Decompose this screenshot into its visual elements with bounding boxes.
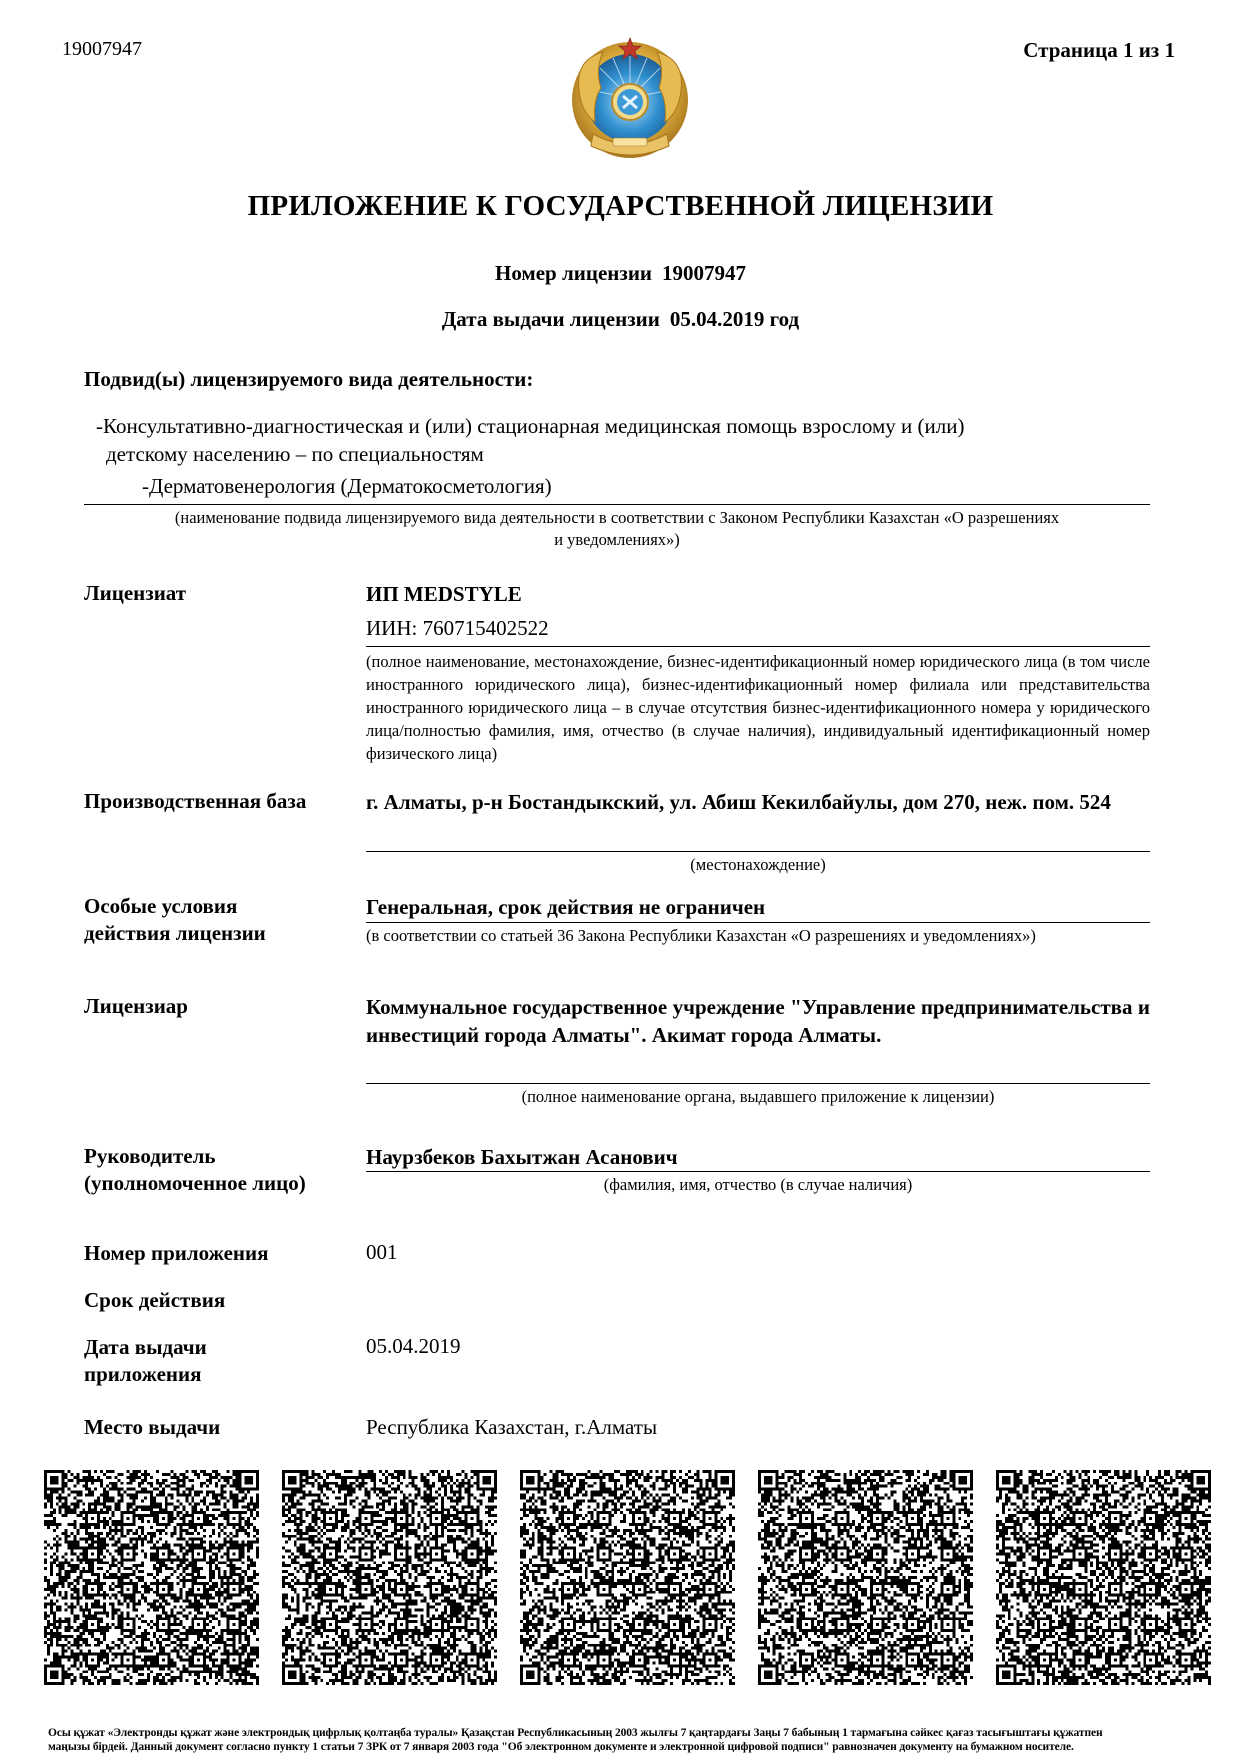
licensor-label: Лицензиар — [84, 993, 188, 1020]
licensor-value: Коммунальное государственное учреждение … — [366, 993, 1150, 1049]
page-title: ПРИЛОЖЕНИЕ К ГОСУДАРСТВЕННОЙ ЛИЦЕНЗИИ — [0, 190, 1241, 223]
appendix-date-label: Дата выдачи приложения — [84, 1334, 207, 1388]
license-number-value: 19007947 — [662, 261, 746, 285]
licensee-iin: ИИН: 760715402522 — [366, 614, 1150, 642]
bullet-dash: - — [142, 474, 149, 498]
divider-line — [84, 504, 1150, 505]
license-date-line: Дата выдачи лицензии05.04.2019 год — [0, 307, 1241, 332]
activity-item-1-line1: Консультативно-диагностическая и (или) с… — [103, 414, 964, 438]
head-label: Руководитель (уполномоченное лицо) — [84, 1143, 306, 1197]
head-value: Наурзбеков Бахытжан Асанович — [366, 1143, 1150, 1171]
special-conditions-caption: (в соответствии со статьей 36 Закона Рес… — [366, 925, 1150, 947]
activity-caption-line2: и уведомлениях») — [84, 529, 1150, 551]
activity-item-2-text: Дерматовенерология (Дерматокосметология) — [149, 474, 552, 498]
divider-line — [366, 1171, 1150, 1172]
appendix-date-label-line2: приложения — [84, 1361, 207, 1388]
divider-line — [366, 646, 1150, 647]
licensor-caption: (полное наименование органа, выдавшего п… — [366, 1086, 1150, 1108]
place-of-issue-value: Республика Казахстан, г.Алматы — [366, 1413, 1150, 1441]
appendix-date-label-line1: Дата выдачи — [84, 1334, 207, 1361]
activity-caption-line1: (наименование подвида лицензируемого вид… — [84, 507, 1150, 529]
head-label-line1: Руководитель — [84, 1143, 306, 1170]
activity-item-1: -Консультативно-диагностическая и (или) … — [96, 412, 1156, 440]
activity-subtypes-heading: Подвид(ы) лицензируемого вида деятельнос… — [84, 367, 533, 392]
place-of-issue-label: Место выдачи — [84, 1414, 220, 1441]
qr-code-5 — [996, 1470, 1211, 1685]
production-base-label: Производственная база — [84, 788, 306, 815]
coat-of-arms-emblem-icon — [565, 30, 695, 165]
page-counter: Страница 1 из 1 — [1023, 38, 1175, 63]
activity-caption: (наименование подвида лицензируемого вид… — [84, 507, 1150, 551]
head-label-line2: (уполномоченное лицо) — [84, 1170, 306, 1197]
special-conditions-label-line2: действия лицензии — [84, 920, 266, 947]
divider-line — [366, 851, 1150, 852]
divider-line — [366, 922, 1150, 923]
activity-item-2: -Дерматовенерология (Дерматокосметология… — [142, 472, 552, 500]
legal-footer-line2: маңызы бірдей. Данный документ согласно … — [48, 1740, 1198, 1754]
licensee-label: Лицензиат — [84, 580, 186, 607]
appendix-date-value: 05.04.2019 — [366, 1332, 1150, 1360]
qr-code-1 — [44, 1470, 259, 1685]
appendix-number-label: Номер приложения — [84, 1240, 268, 1267]
qr-code-2 — [282, 1470, 497, 1685]
special-conditions-label-line1: Особые условия — [84, 893, 266, 920]
activity-item-1-line2: детскому населению – по специальностям — [106, 440, 484, 468]
license-date-value: 05.04.2019 год — [670, 307, 799, 331]
production-base-value: г. Алматы, р-н Бостандыкский, ул. Абиш К… — [366, 788, 1150, 816]
validity-label: Срок действия — [84, 1287, 225, 1314]
head-caption: (фамилия, имя, отчество (в случае наличи… — [366, 1174, 1150, 1196]
licensee-name: ИП MEDSTYLE — [366, 580, 1150, 608]
appendix-number-value: 001 — [366, 1238, 1150, 1266]
qr-code-3 — [520, 1470, 735, 1685]
production-base-caption: (местонахождение) — [366, 854, 1150, 876]
license-number-line: Номер лицензии19007947 — [0, 261, 1241, 286]
legal-footer-line1: Осы құжат «Электронды құжат және электро… — [48, 1726, 1198, 1740]
qr-code-4 — [758, 1470, 973, 1685]
license-number-label: Номер лицензии — [495, 261, 652, 285]
legal-footer-note: Осы құжат «Электронды құжат және электро… — [48, 1726, 1198, 1754]
special-conditions-value: Генеральная, срок действия не ограничен — [366, 893, 1150, 921]
licensee-caption: (полное наименование, местонахождение, б… — [366, 650, 1150, 765]
special-conditions-label: Особые условия действия лицензии — [84, 893, 266, 947]
document-number: 19007947 — [62, 38, 142, 61]
license-date-label: Дата выдачи лицензии — [442, 307, 660, 331]
bullet-dash: - — [96, 414, 103, 438]
divider-line — [366, 1083, 1150, 1084]
